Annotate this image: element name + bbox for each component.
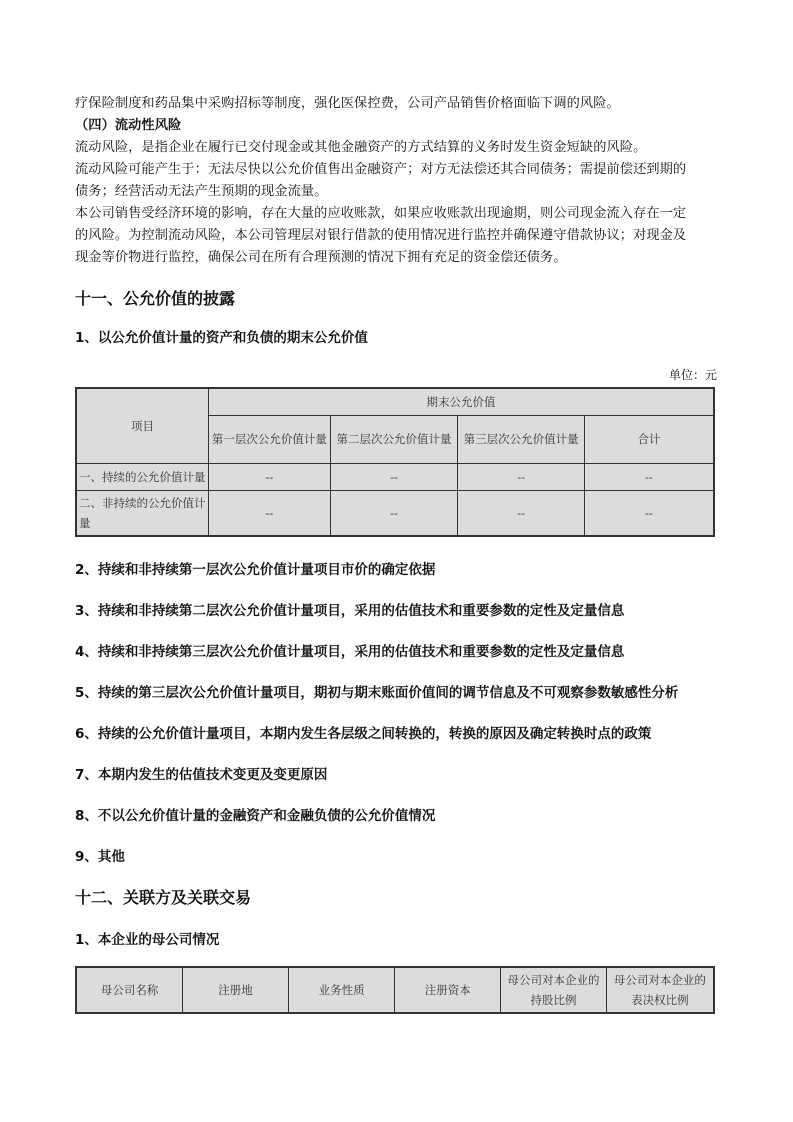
row-label: 一、持续的公允价值计量 (76, 463, 209, 490)
body-line: 流动风险，是指企业在履行已交付现金或其他金融资产的方式结算的义务时发生资金短缺的… (75, 137, 720, 159)
table-row: 一、持续的公允价值计量 -- -- -- -- (76, 463, 714, 490)
header-group: 期末公允价值 (209, 388, 714, 415)
header-col: 合计 (584, 415, 714, 463)
item-heading: 4、持续和非持续第三层次公允价值计量项目，采用的估值技术和重要参数的定性及定量信… (75, 640, 624, 660)
item-heading: 1、以公允价值计量的资产和负债的期末公允价值 (75, 326, 368, 346)
header-col: 母公司名称 (76, 967, 183, 1013)
header-col: 母公司对本企业的表决权比例 (606, 967, 714, 1013)
fair-value-table: 项目 期末公允价值 第一层次公允价值计量 第二层次公允价值计量 第三层次公允价值… (75, 387, 715, 537)
cell: -- (458, 490, 585, 536)
body-line: 的风险。为控制流动风险，本公司管理层对银行借款的使用情况进行监控并确保遵守借款协… (75, 225, 720, 247)
table-row: 二、非持续的公允价值计量 -- -- -- -- (76, 490, 714, 536)
item-heading: 1、本企业的母公司情况 (75, 928, 219, 948)
item-heading: 3、持续和非持续第二层次公允价值计量项目，采用的估值技术和重要参数的定性及定量信… (75, 599, 624, 619)
header-col: 第三层次公允价值计量 (458, 415, 585, 463)
parent-company-table: 母公司名称 注册地 业务性质 注册资本 母公司对本企业的持股比例 母公司对本企业… (75, 966, 715, 1014)
unit-label: 单位：元 (669, 366, 717, 383)
cell: -- (458, 463, 585, 490)
body-line: 本公司销售受经济环境的影响，存在大量的应收账款，如果应收账款出现逾期，则公司现金… (75, 203, 720, 225)
header-col: 母公司对本企业的持股比例 (501, 967, 607, 1013)
row-label: 二、非持续的公允价值计量 (76, 490, 209, 536)
cell: -- (209, 463, 331, 490)
header-col: 注册资本 (395, 967, 501, 1013)
item-heading: 5、持续的第三层次公允价值计量项目，期初与期末账面价值间的调节信息及不可观察参数… (75, 681, 678, 701)
section-title: 十一、公允价值的披露 (75, 286, 235, 309)
body-line: 债务；经营活动无法产生预期的现金流量。 (75, 181, 720, 203)
header-col: 第二层次公允价值计量 (330, 415, 458, 463)
item-heading: 6、持续的公允价值计量项目，本期内发生各层级之间转换的，转换的原因及确定转换时点… (75, 722, 651, 742)
cell: -- (584, 490, 714, 536)
header-col: 第一层次公允价值计量 (209, 415, 331, 463)
cell: -- (330, 490, 458, 536)
body-line: 现金等价物进行监控，确保公司在所有合理预测的情况下拥有充足的资金偿还债务。 (75, 247, 720, 269)
cell: -- (584, 463, 714, 490)
cell: -- (330, 463, 458, 490)
sub-heading-liquidity-risk: （四）流动性风险 (75, 115, 720, 137)
header-item: 项目 (76, 388, 209, 463)
item-heading: 8、不以公允价值计量的金融资产和金融负债的公允价值情况 (75, 804, 435, 824)
item-heading: 2、持续和非持续第一层次公允价值计量项目市价的确定依据 (75, 558, 435, 578)
body-line: 疗保险制度和药品集中采购招标等制度，强化医保控费，公司产品销售价格面临下调的风险… (75, 93, 720, 115)
item-heading: 7、本期内发生的估值技术变更及变更原因 (75, 763, 327, 783)
header-col: 业务性质 (288, 967, 395, 1013)
body-line: 流动风险可能产生于：无法尽快以公允价值售出金融资产；对方无法偿还其合同债务；需提… (75, 159, 720, 181)
item-heading: 9、其他 (75, 845, 125, 865)
header-col: 注册地 (183, 967, 289, 1013)
cell: -- (209, 490, 331, 536)
section-title: 十二、关联方及关联交易 (75, 885, 251, 908)
